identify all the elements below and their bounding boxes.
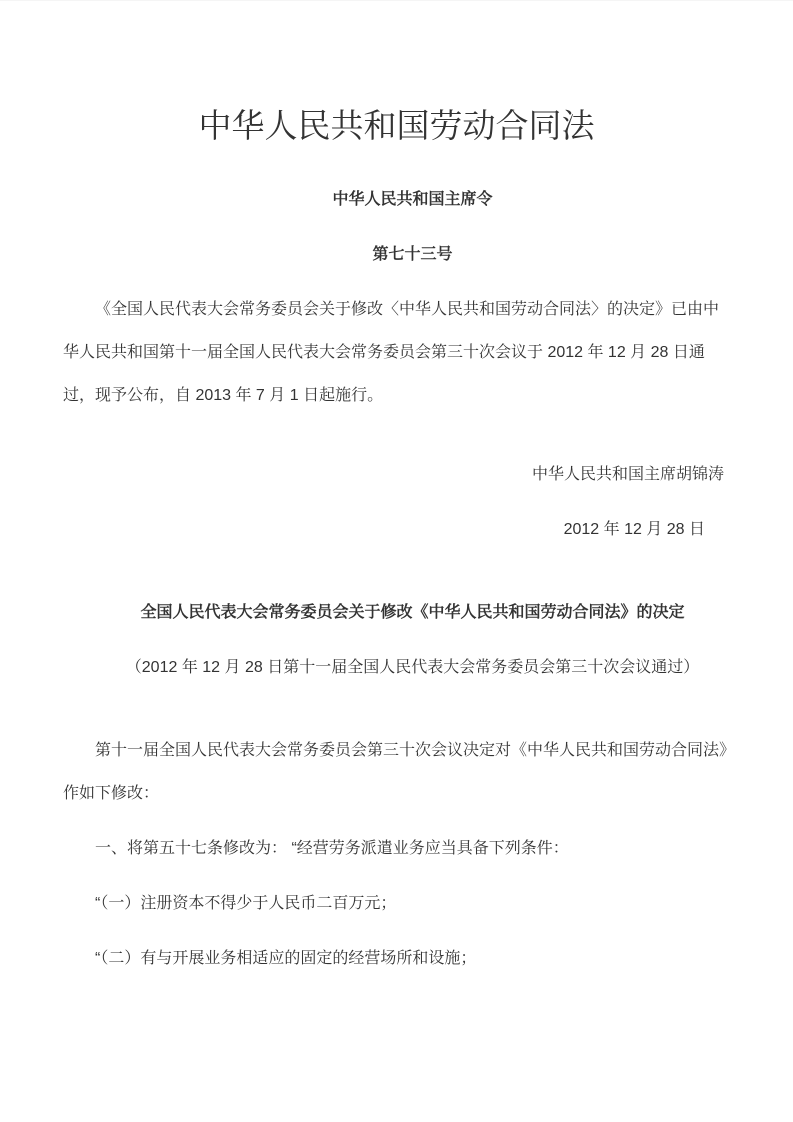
session-note: （2012 年 12 月 28 日第十一届全国人民代表大会常务委员会第三十次会议… — [63, 646, 730, 689]
amendment-item: “（二）有与开展业务相适应的固定的经营场所和设施； — [63, 937, 730, 980]
decree-body-paragraph: 《全国人民代表大会常务委员会关于修改〈中华人民共和国劳动合同法〉的决定》已由中华… — [63, 288, 730, 417]
decision-intro-paragraph: 第十一届全国人民代表大会常务委员会第三十次会议决定对《中华人民共和国劳动合同法》… — [63, 729, 730, 815]
president-signature: 中华人民共和国主席胡锦涛 — [63, 453, 730, 496]
amendment-item: 一、将第五十七条修改为： “经营劳务派遣业务应当具备下列条件： — [63, 827, 730, 870]
amendment-item: “（一）注册资本不得少于人民币二百万元； — [63, 882, 730, 925]
decree-heading: 中华人民共和国主席令 — [63, 178, 730, 221]
decree-number: 第七十三号 — [63, 233, 730, 276]
document-page: { "page": { "background_color": "#ffffff… — [0, 0, 793, 1122]
law-title: 中华人民共和国劳动合同法 — [63, 106, 730, 146]
decision-heading: 全国人民代表大会常务委员会关于修改《中华人民共和国劳动合同法》的决定 — [63, 591, 730, 634]
decree-date: 2012 年 12 月 28 日 — [63, 508, 730, 551]
document-body: 中华人民共和国劳动合同法 中华人民共和国主席令 第七十三号 《全国人民代表大会常… — [0, 1, 793, 1122]
